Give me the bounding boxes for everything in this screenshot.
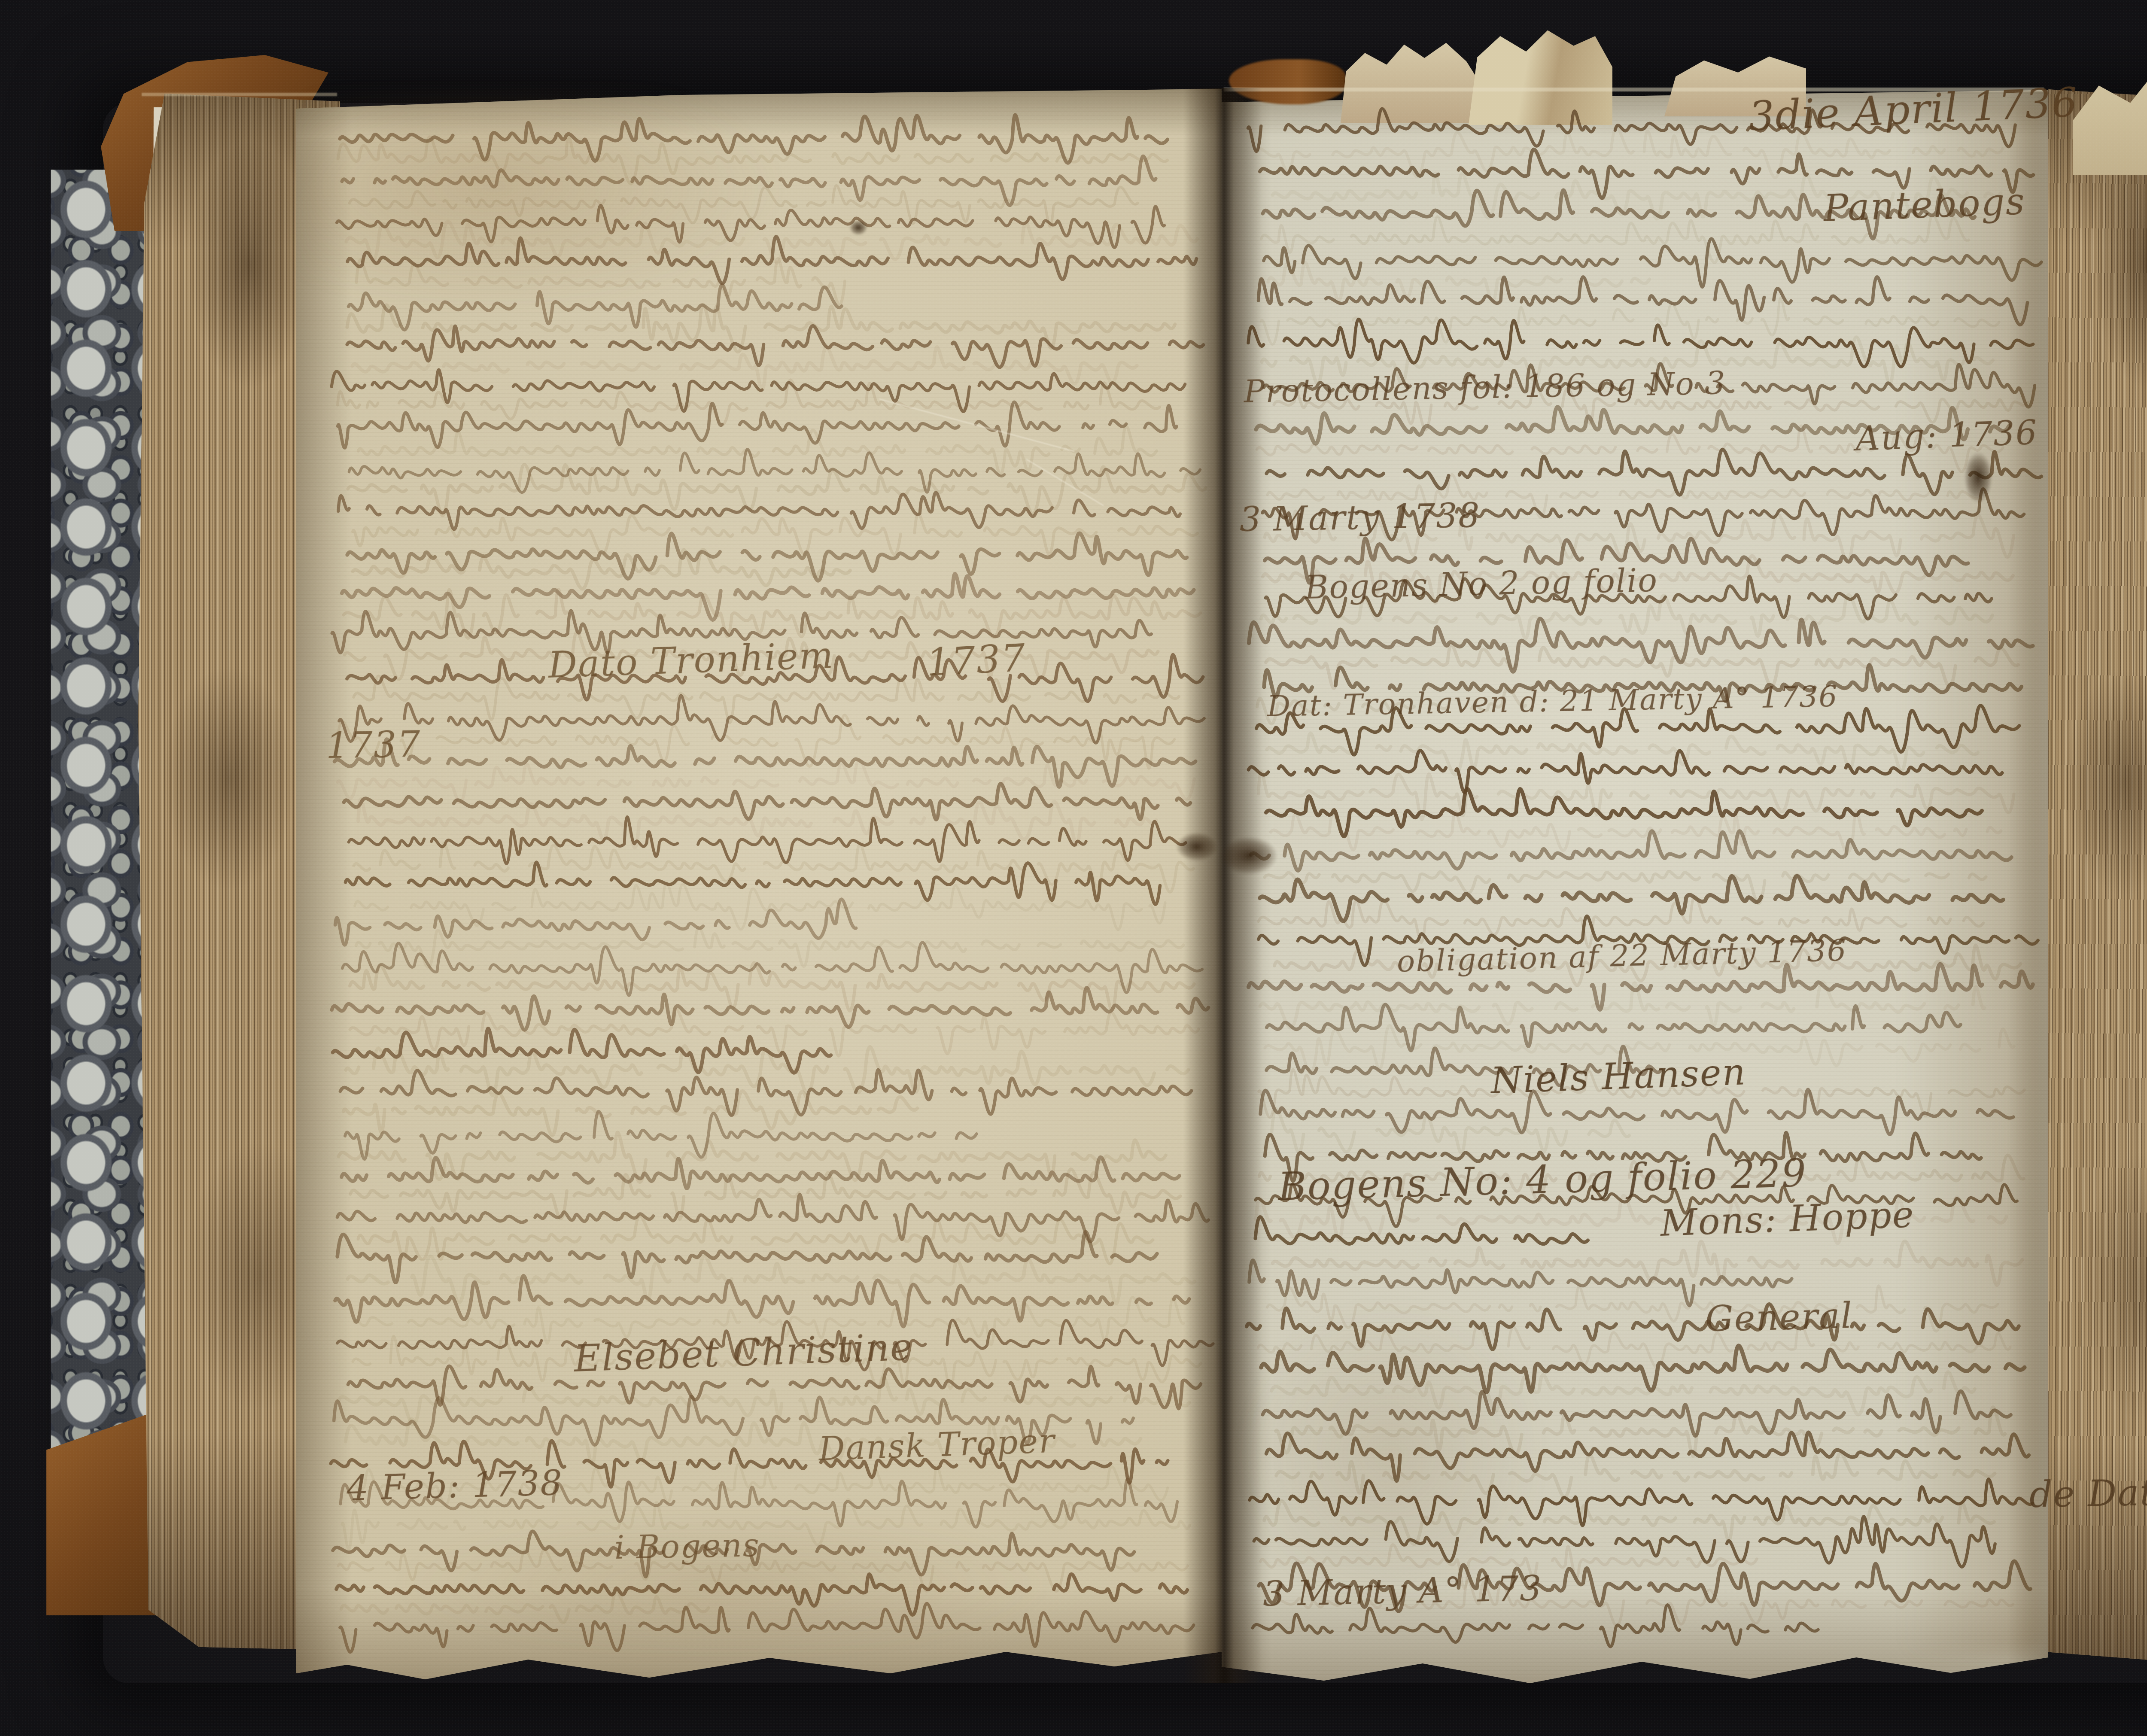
ink-blot <box>1964 452 1992 503</box>
gutter-shadow <box>1183 88 1262 1683</box>
legible-fragment: 4 Feb: 1738 <box>346 1463 563 1508</box>
legible-fragment: 1737 <box>325 723 421 767</box>
manuscript-photo: Dato Tronhiem 1737 1737 Elsebet Christin… <box>0 0 2147 1736</box>
legible-fragment: Niels Hansen <box>1490 1051 1747 1102</box>
legible-fragment: 3 Marty 1738 <box>1239 496 1481 539</box>
legible-fragment: General <box>1705 1295 1853 1340</box>
handwriting-left-page <box>296 88 1224 1685</box>
legible-fragment: i Bogens <box>614 1527 760 1566</box>
ink-blot <box>849 220 867 235</box>
legible-fragment: 3 Marty A° 173 <box>1262 1568 1543 1614</box>
legible-fragment: de Dato. <box>2029 1471 2147 1515</box>
ink-blot <box>1220 836 1278 875</box>
handwriting-right-page <box>1222 91 2053 1688</box>
legible-fragment: Aug: 1736 <box>1855 413 2038 459</box>
legible-fragment: Mons: Hoppe <box>1660 1193 1915 1244</box>
legible-fragment: Bogens No 2 og folio <box>1305 562 1658 606</box>
legible-fragment: 1737 <box>925 635 1027 685</box>
legible-fragment: Pantebogs <box>1823 180 2026 230</box>
ink-blot <box>1176 832 1218 861</box>
